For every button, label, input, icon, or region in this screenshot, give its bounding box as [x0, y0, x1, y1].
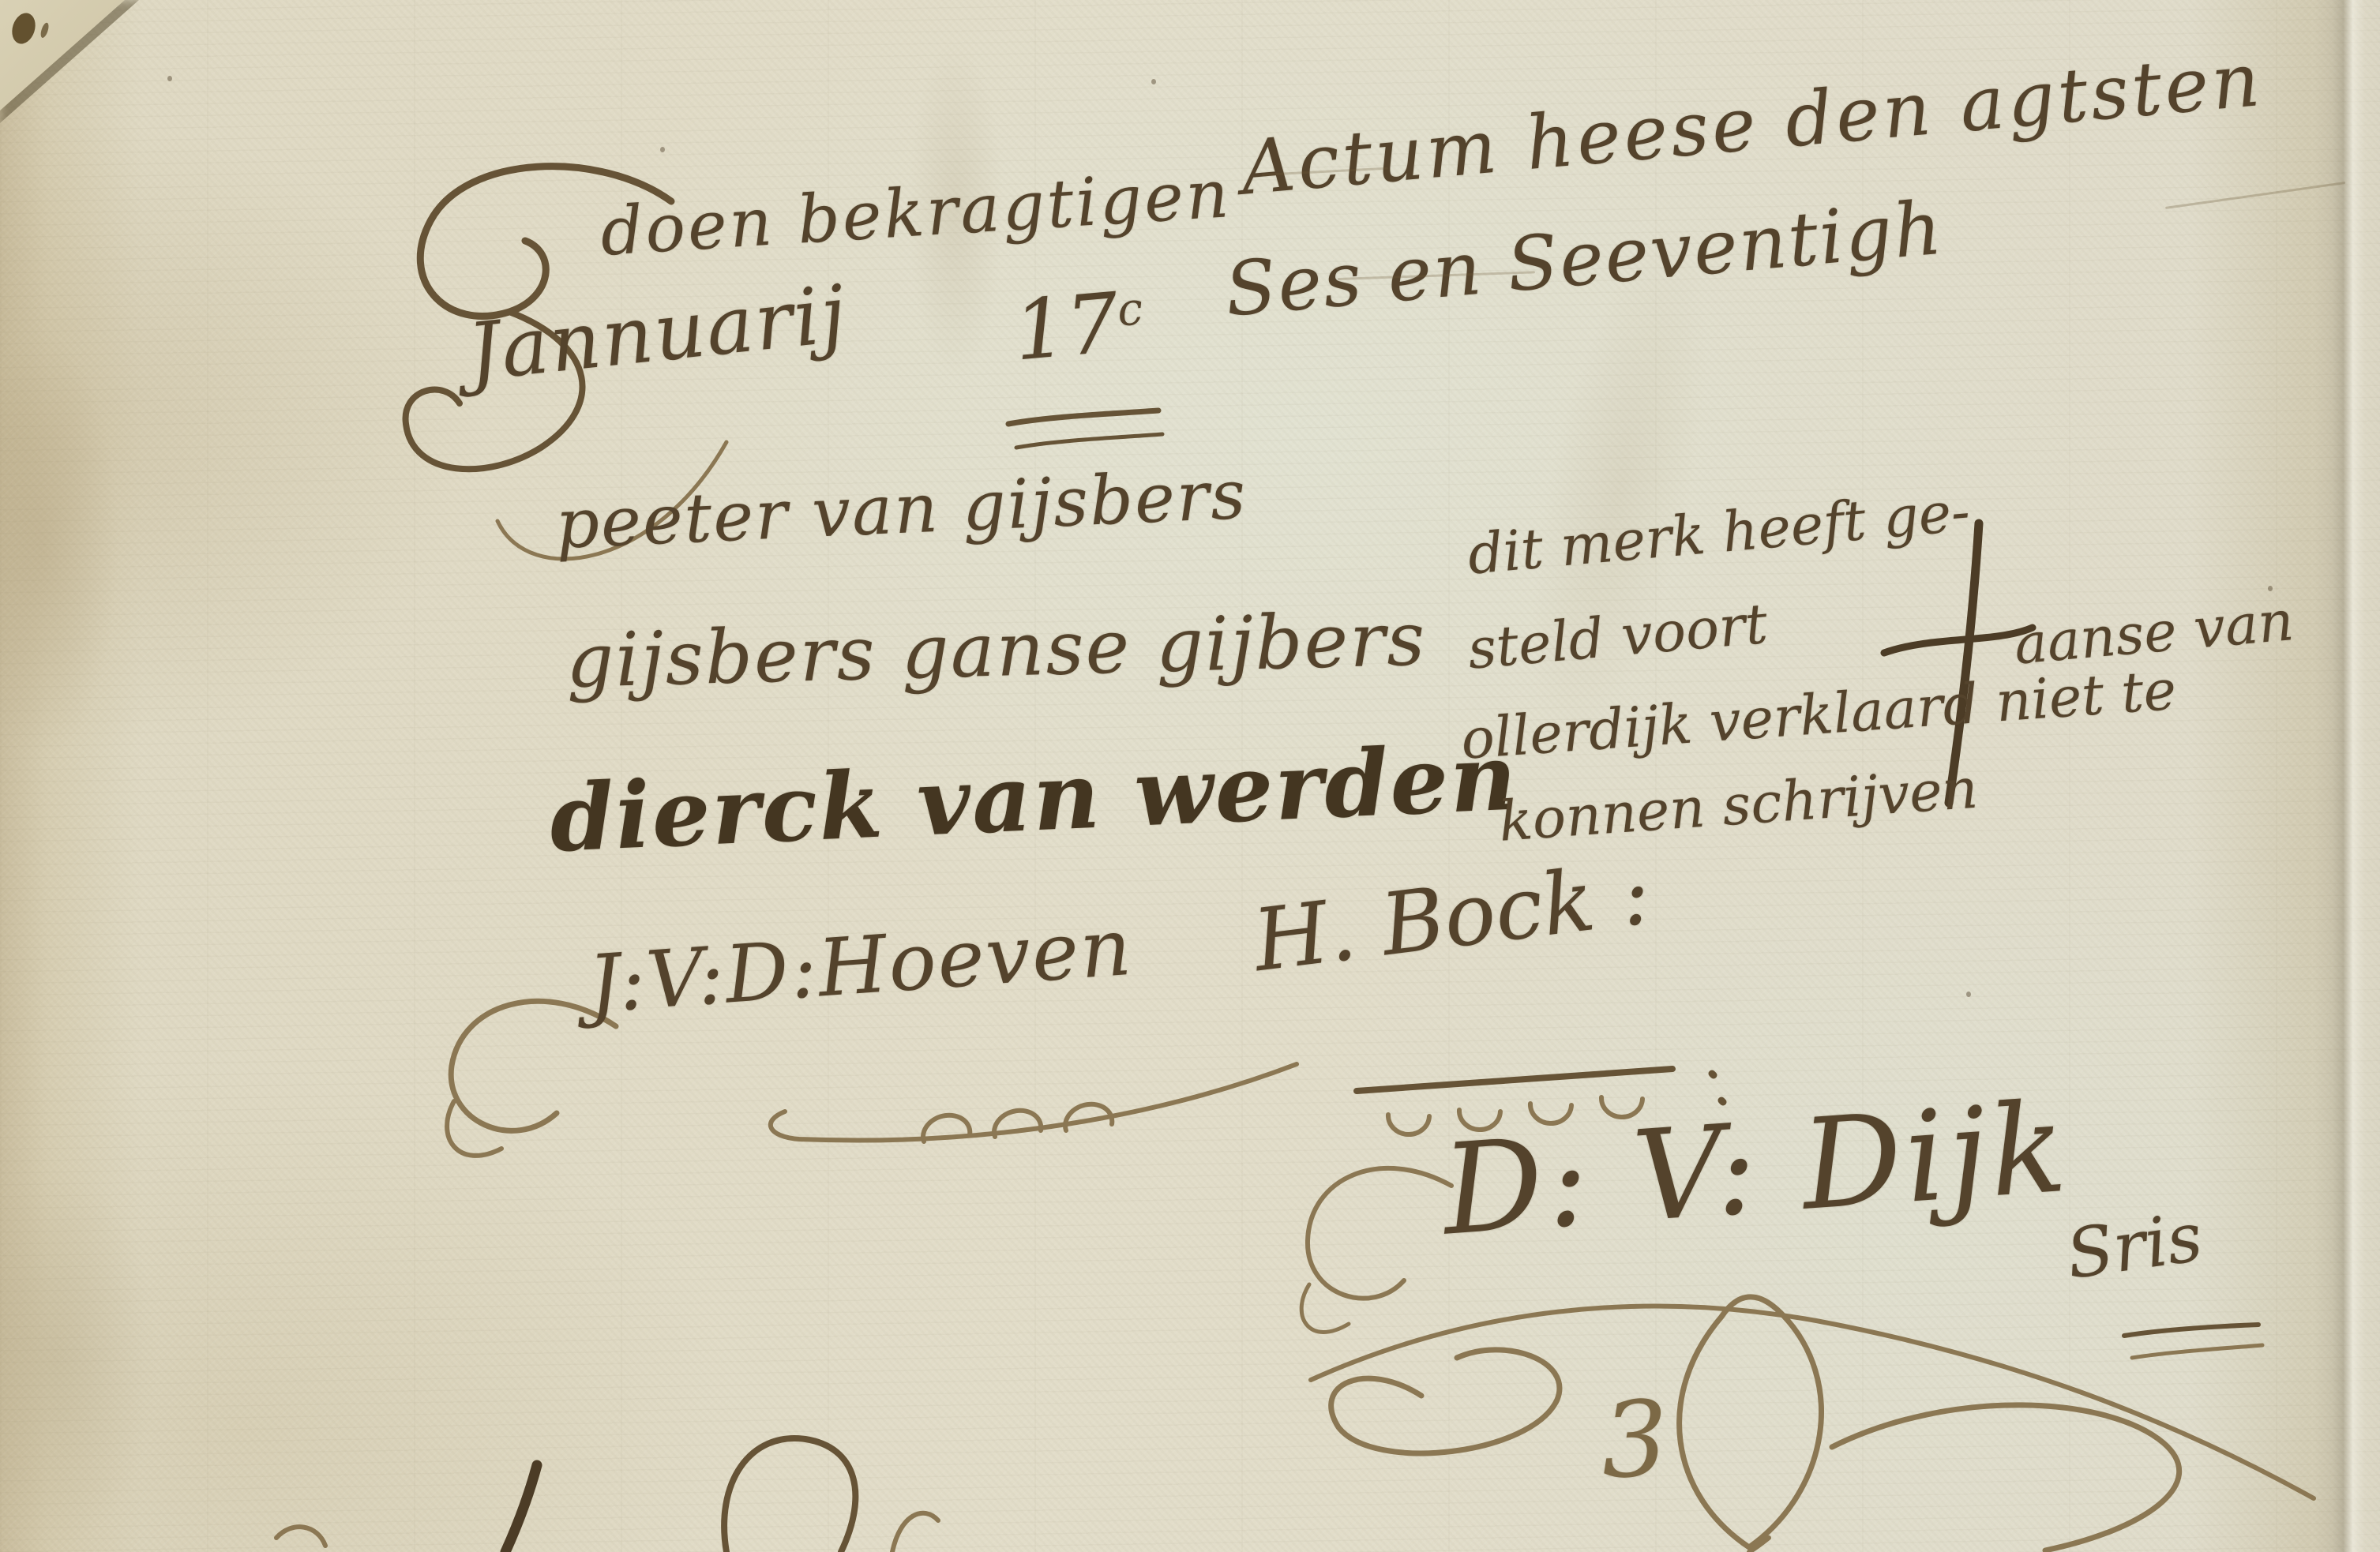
date-year-words: Ses en Seeventigh	[1222, 192, 1946, 328]
manuscript-page: doen bekragtigen Actum heese den agtsten…	[0, 0, 2380, 1552]
overlapping-page-corner	[0, 0, 142, 125]
ink-speck	[167, 76, 172, 81]
year-underline-icon	[997, 404, 1178, 467]
paper-stain	[0, 1168, 158, 1547]
pen-dash	[2165, 182, 2345, 209]
opening-phrase-2: Actum heese den agtsten	[1238, 43, 2266, 207]
paper-stain	[0, 332, 118, 758]
signature-bock: H. Bock :	[1249, 852, 1654, 985]
signature-hoeven: J:V:D:Hoeven	[586, 908, 1135, 1025]
ink-blot-icon	[9, 10, 39, 47]
mark-note-line-4: konnen schrijven	[1497, 761, 1980, 849]
mark-note-line-2-left: steld voort	[1466, 596, 1770, 677]
witness-name-3: dierck van werden	[548, 731, 1520, 864]
ink-speck	[1151, 79, 1156, 84]
hoeven-paraph-icon	[752, 1040, 1304, 1175]
ink-speck	[1966, 992, 1971, 997]
paraph-digit: 3	[1600, 1387, 1670, 1494]
date-year-number: 17	[1010, 274, 1122, 379]
bottom-cutoff-flourish-icon	[261, 1419, 940, 1552]
mark-note-line-3: ollerdijk verklaard niet te	[1459, 662, 2178, 767]
dijk-paraph-icon	[1263, 1269, 2380, 1552]
date-year: 17c	[1011, 279, 1147, 373]
date-year-abbrev: c	[1115, 283, 1145, 337]
witness-name-2: gijsbers ganse gijbers	[565, 602, 1427, 699]
